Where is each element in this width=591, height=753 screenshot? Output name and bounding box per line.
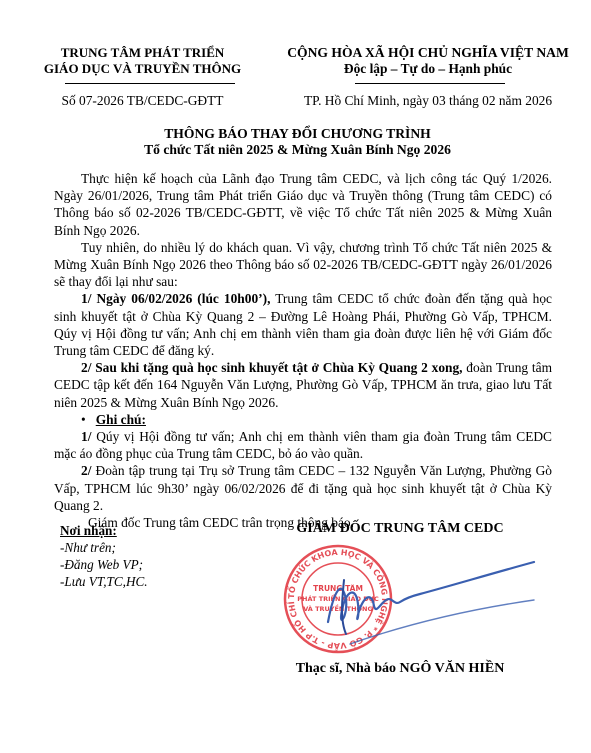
- recipients-heading: Nơi nhận:: [60, 522, 260, 539]
- signature-icon: [320, 560, 540, 650]
- item-1: 1/ Ngày 06/02/2026 (lúc 10h00’), Trung t…: [54, 290, 552, 359]
- signer-title: GIÁM ĐỐC TRUNG TÂM CEDC: [270, 520, 530, 537]
- document-number: Số 07-2026 TB/CEDC-GĐTT: [20, 92, 265, 109]
- note-1: 1/ Qúy vị Hội đồng tư vấn; Anh chị em th…: [54, 428, 552, 462]
- note-2-number: 2/: [81, 463, 91, 478]
- item-2: 2/ Sau khi tặng quà học sinh khuyết tật …: [54, 359, 552, 411]
- title-line-2: Tổ chức Tất niên 2025 & Mừng Xuân Bính N…: [20, 142, 575, 158]
- item-1-lead: 1/ Ngày 06/02/2026 (lúc 10h00’),: [81, 291, 270, 306]
- org-line-2: GIÁO DỤC VÀ TRUYỀN THÔNG: [20, 61, 265, 77]
- recipients-block: Nơi nhận: -Như trên; -Đăng Web VP; -Lưu …: [60, 522, 260, 590]
- recipient-item: -Đăng Web VP;: [60, 556, 260, 573]
- paragraph-change: Tuy nhiên, do nhiều lý do khách quan. Vì…: [54, 239, 552, 291]
- divider-right: [355, 83, 505, 84]
- note-2-text: Đoàn tập trung tại Trụ sở Trung tâm CEDC…: [54, 463, 552, 512]
- note-2: 2/ Đoàn tập trung tại Trụ sở Trung tâm C…: [54, 462, 552, 514]
- divider-left: [65, 83, 235, 84]
- paragraph-intro: Thực hiện kế hoạch của Lãnh đạo Trung tâ…: [54, 170, 552, 239]
- document-title: THÔNG BÁO THAY ĐỔI CHƯƠNG TRÌNH Tổ chức …: [20, 126, 575, 158]
- note-heading: Ghi chú:: [96, 412, 146, 427]
- note-heading-line: • Ghi chú:: [54, 411, 552, 428]
- note-1-number: 1/: [81, 429, 91, 444]
- nation-line-1: CỘNG HÒA XÃ HỘI CHỦ NGHĨA VIỆT NAM: [268, 45, 588, 61]
- document-body: Thực hiện kế hoạch của Lãnh đạo Trung tâ…: [54, 170, 552, 531]
- place-date: TP. Hồ Chí Minh, ngày 03 tháng 02 năm 20…: [268, 92, 588, 109]
- recipient-item: -Như trên;: [60, 539, 260, 556]
- national-motto: CỘNG HÒA XÃ HỘI CHỦ NGHĨA VIỆT NAM Độc l…: [268, 45, 588, 77]
- title-line-1: THÔNG BÁO THAY ĐỔI CHƯƠNG TRÌNH: [20, 126, 575, 142]
- bullet-icon: •: [81, 412, 96, 427]
- signer-name: Thạc sĩ, Nhà báo NGÔ VĂN HIỀN: [270, 660, 530, 677]
- item-2-lead: 2/ Sau khi tặng quà học sinh khuyết tật …: [81, 360, 463, 375]
- nation-line-2: Độc lập – Tự do – Hạnh phúc: [268, 61, 588, 77]
- recipient-item: -Lưu VT,TC,HC.: [60, 573, 260, 590]
- note-1-text: Qúy vị Hội đồng tư vấn; Anh chị em thành…: [54, 429, 552, 461]
- org-line-1: TRUNG TÂM PHÁT TRIỂN: [20, 45, 265, 61]
- organization-name: TRUNG TÂM PHÁT TRIỂN GIÁO DỤC VÀ TRUYỀN …: [20, 45, 265, 77]
